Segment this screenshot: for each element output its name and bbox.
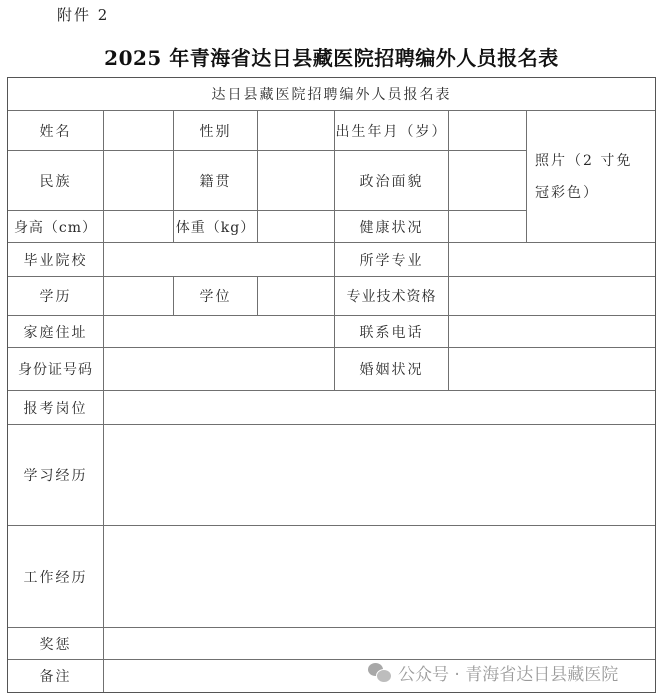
form-header: 达日县藏医院招聘编外人员报名表 [7, 77, 656, 111]
field-political-status[interactable] [448, 150, 527, 211]
wechat-icon [368, 663, 392, 683]
field-position[interactable] [103, 390, 656, 425]
label-gender: 性别 [173, 110, 258, 151]
field-height[interactable] [103, 210, 174, 243]
field-birth[interactable] [448, 110, 527, 151]
field-work-history[interactable] [103, 525, 656, 628]
field-id-number[interactable] [103, 347, 335, 391]
label-native-place: 籍贯 [173, 150, 258, 211]
field-school[interactable] [103, 242, 335, 277]
label-ethnicity: 民族 [7, 150, 104, 211]
field-education[interactable] [103, 276, 174, 316]
field-weight[interactable] [257, 210, 335, 243]
field-name[interactable] [103, 110, 174, 151]
field-marital[interactable] [448, 347, 656, 391]
label-address: 家庭住址 [7, 315, 104, 348]
label-position: 报考岗位 [7, 390, 104, 425]
label-education: 学历 [7, 276, 104, 316]
label-remarks: 备注 [7, 659, 104, 693]
photo-label: 照片（2 寸免冠彩色） [535, 145, 647, 209]
field-degree[interactable] [257, 276, 335, 316]
field-rewards[interactable] [103, 627, 656, 660]
field-study-history[interactable] [103, 424, 656, 526]
field-native-place[interactable] [257, 150, 335, 211]
label-height: 身高（cm） [7, 210, 104, 243]
field-address[interactable] [103, 315, 335, 348]
watermark: 公众号 · 青海省达日县藏医院 [368, 660, 618, 685]
field-major[interactable] [448, 242, 656, 277]
label-weight: 体重（kg） [173, 210, 258, 243]
field-phone[interactable] [448, 315, 656, 348]
label-birth: 出生年月（岁） [334, 110, 449, 151]
label-study-history: 学习经历 [7, 424, 104, 526]
label-name: 姓名 [7, 110, 104, 151]
label-degree: 学位 [173, 276, 258, 316]
field-gender[interactable] [257, 110, 335, 151]
label-rewards: 奖惩 [7, 627, 104, 660]
label-id-number: 身份证号码 [7, 347, 104, 391]
attachment-label: 附件 2 [57, 4, 109, 25]
label-health: 健康状况 [334, 210, 449, 243]
field-health[interactable] [448, 210, 527, 243]
label-political-status: 政治面貌 [334, 150, 449, 211]
label-work-history: 工作经历 [7, 525, 104, 628]
label-phone: 联系电话 [334, 315, 449, 348]
label-major: 所学专业 [334, 242, 449, 277]
label-qualification: 专业技术资格 [334, 276, 449, 316]
watermark-text: 公众号 · 青海省达日县藏医院 [398, 660, 618, 685]
field-ethnicity[interactable] [103, 150, 174, 211]
page-title: 2025 年青海省达日县藏医院招聘编外人员报名表 [0, 42, 663, 71]
photo-box[interactable]: 照片（2 寸免冠彩色） [526, 110, 656, 243]
label-school: 毕业院校 [7, 242, 104, 277]
field-qualification[interactable] [448, 276, 656, 316]
label-marital: 婚姻状况 [334, 347, 449, 391]
